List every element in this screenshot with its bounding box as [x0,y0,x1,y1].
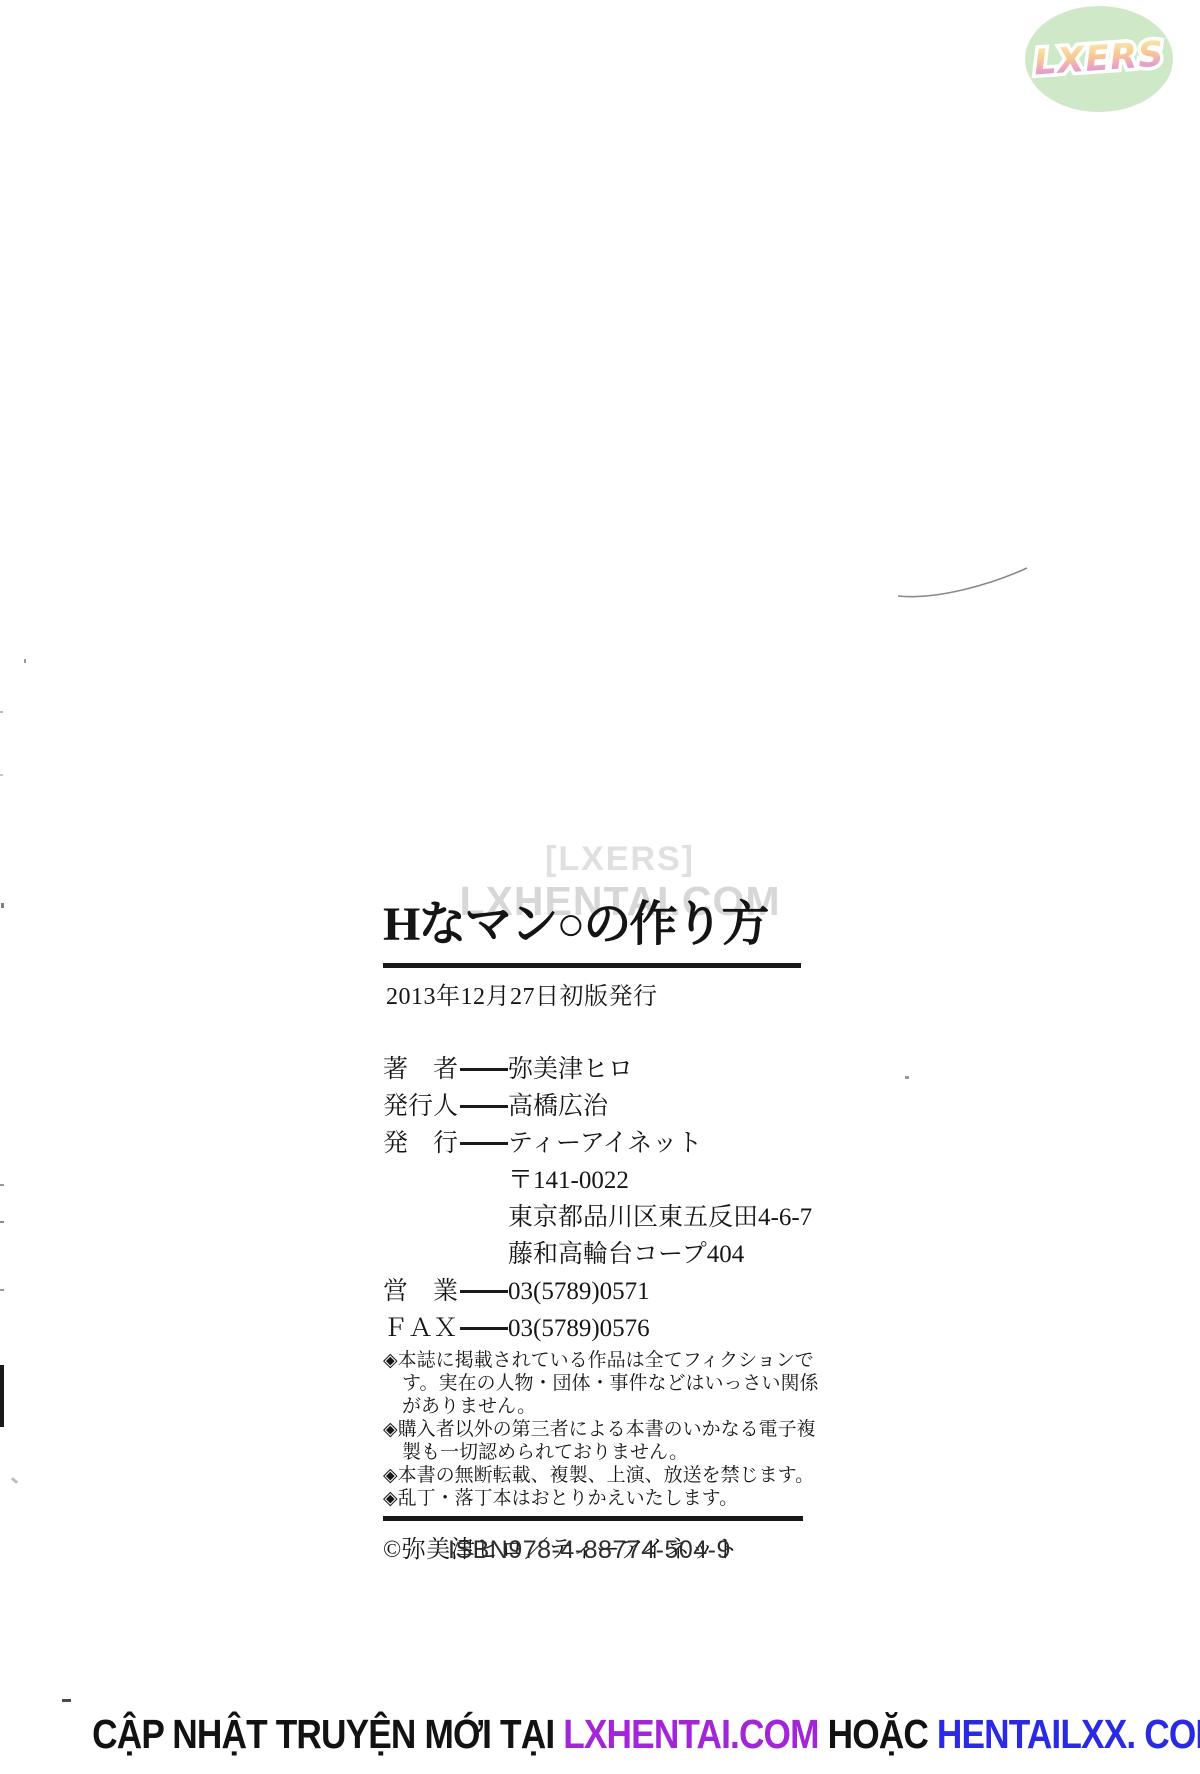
scan-artifact-speck [1,903,4,908]
leader-line [460,1068,508,1071]
address-line: 藤和高輪台コープ404 [508,1236,825,1273]
contact-row-sales: 営 業03(5789)0571 [383,1273,825,1310]
scan-artifact-speck [0,1184,4,1186]
watermark-group-name: [LXERS] [430,842,810,876]
scan-artifact-speck [11,1477,18,1484]
logo-text: LXERS [1033,35,1166,84]
credit-row-author: 著 者弥美津ヒロ [383,1051,825,1088]
contact-row-fax: ＦＡＸ03(5789)0576 [383,1310,825,1347]
promo-text: CẬP NHẬT TRUYỆN MỚI TẠI LXHENTAI.COM HOẶ… [92,1712,1200,1756]
promo-link-lxhentai[interactable]: LXHENTAI.COM [563,1711,818,1757]
contact-label: ＦＡＸ [383,1310,460,1347]
scan-artifact-edge-bar [0,1365,4,1427]
leader-line [460,1290,508,1293]
book-title: Hなマン○の作り方 [383,893,825,957]
credit-row-publisher-company: 発 行ティーアイネット [383,1125,825,1162]
publisher-address: 〒141-0022 東京都品川区東五反田4-6-7 藤和高輪台コープ404 [508,1162,825,1273]
contact-label: 営 業 [383,1273,460,1310]
scan-artifact-curve [896,564,1030,602]
notice-fiction-disclaimer: ◈本誌に掲載されている作品は全てフィクションです。実在の人物・団体・事件などはい… [383,1349,825,1418]
scanned-colophon-page: { "logo": { "text": "LXERS" }, "watermar… [0,0,1200,1774]
notice-digital-copy: ◈購入者以外の第三者による本書のいかなる電子複製も一切認められておりません。 [383,1418,825,1464]
notice-defective-copies: ◈乱丁・落丁本はおとりかえいたします。 [383,1487,825,1510]
credit-value: ティーアイネット [508,1130,702,1157]
address-line: 東京都品川区東五反田4-6-7 [508,1199,825,1236]
scan-artifact-speck [905,1076,909,1079]
postal-code: 〒141-0022 [508,1162,825,1199]
credit-value: 弥美津ヒロ [508,1056,633,1083]
edition-date: 2013年12月27日初版発行 [386,976,825,1011]
credit-value: 高橋広治 [508,1093,608,1120]
isbn-number: ISBN978-4-88774-504-9 [448,1536,731,1565]
scan-artifact-speck [0,774,3,776]
credit-label: 発 行 [383,1125,460,1162]
publication-credits: 著 者弥美津ヒロ 発行人高橋広治 発 行ティーアイネット 〒141-0022 東… [383,1051,825,1347]
scan-artifact-speck [62,1699,71,1702]
notice-reproduction: ◈本書の無断転載、複製、上演、放送を禁じます。 [383,1464,825,1487]
title-divider [383,963,801,968]
promo-banner: CẬP NHẬT TRUYỆN MỚI TẠI LXHENTAI.COM HOẶ… [0,1712,1200,1756]
leader-line [460,1105,508,1108]
colophon: Hなマン○の作り方 2013年12月27日初版発行 著 者弥美津ヒロ 発行人高橋… [383,893,825,1564]
scan-artifact-speck [0,711,3,713]
leader-line [460,1142,508,1145]
credit-label: 著 者 [383,1051,460,1088]
scan-artifact-speck [0,1289,4,1291]
promo-middle: HOẶC [819,1711,937,1757]
scanlator-logo-badge: LXERS LXERS [1025,6,1173,112]
copyright-divider [383,1516,803,1521]
leader-line [460,1327,508,1330]
contact-phone: 03(5789)0571 [508,1278,650,1305]
scanlator-logo: LXERS LXERS [1033,35,1166,84]
promo-prefix: CẬP NHẬT TRUYỆN MỚI TẠI [92,1711,563,1757]
scan-artifact-speck [0,1221,4,1223]
scan-artifact-speck [24,659,26,663]
legal-notices: ◈本誌に掲載されている作品は全てフィクションです。実在の人物・団体・事件などはい… [383,1349,825,1510]
credit-row-publisher-person: 発行人高橋広治 [383,1088,825,1125]
promo-link-hentailxx[interactable]: HENTAILXX. COM [937,1711,1200,1757]
credit-label: 発行人 [383,1088,460,1125]
contact-fax: 03(5789)0576 [508,1315,650,1342]
